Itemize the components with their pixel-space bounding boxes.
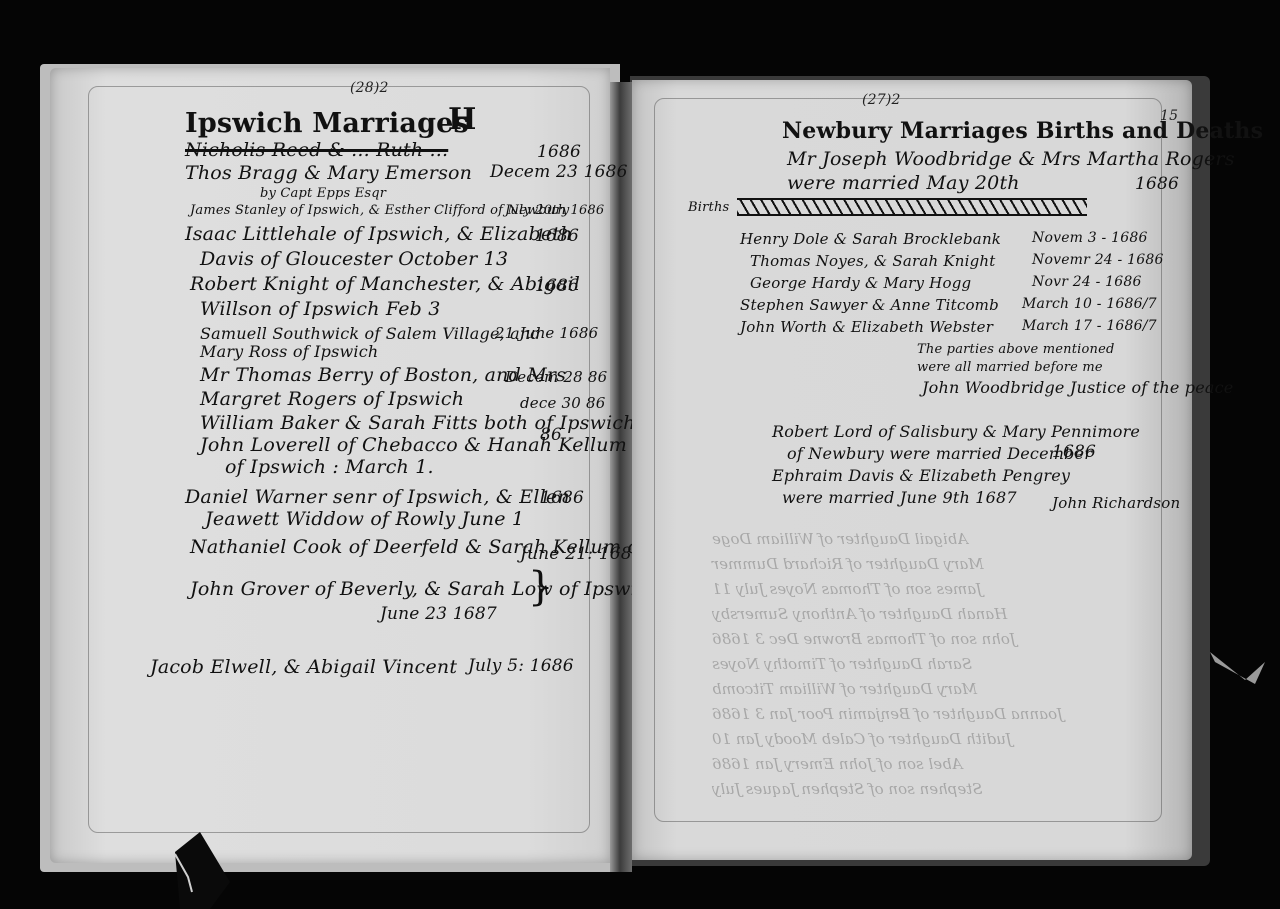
entry-date: 1686 [535, 226, 579, 246]
entry-date: March 17 - 1686/7 [1022, 318, 1157, 334]
clerk-signature: John Richardson [1052, 494, 1180, 512]
entry-date: 21 June 1686 [495, 324, 598, 342]
right-folio-number: (27)2 [862, 92, 901, 108]
attestation-signature: John Woodbridge Justice of the peace [922, 378, 1233, 397]
entry-text: Robert Knight of Manchester, & Abigail [190, 273, 580, 295]
bleed-through-text: Sarah Daughter of Timothy Noyes [712, 655, 972, 673]
left-folio-number: (28)2 [350, 80, 389, 96]
entry-text: Jacob Elwell, & Abigail Vincent [150, 656, 457, 678]
entry-date: 1686 [1052, 442, 1096, 462]
struck-out-line [737, 198, 1087, 216]
page-clip-icon [170, 832, 230, 909]
entry-text: George Hardy & Mary Hogg [750, 274, 971, 292]
bleed-through-text: Abigail Daughter of William Doge [712, 530, 968, 548]
entry-text: William Baker & Sarah Fitts both of Ipsw… [200, 412, 636, 434]
entry-date: 1686 [540, 488, 584, 508]
entry-text: Isaac Littlehale of Ipswich, & Elizabeth [185, 223, 573, 245]
entry-date: March 10 - 1686/7 [1022, 296, 1157, 312]
lead-entry-date: 1686 [1135, 174, 1179, 194]
left-page-title: Ipswich Marriages [185, 108, 469, 139]
right-page-title: Newbury Marriages Births and Deaths [782, 118, 1263, 144]
entry-date: June 23 1687 [380, 604, 497, 624]
bleed-through-text: Mary Daughter of Richard Dummer [712, 555, 984, 573]
entry-text: John Worth & Elizabeth Webster [740, 318, 993, 336]
lead-entry-line2: were married May 20th [787, 172, 1020, 194]
entry-text: were married June 9th 1687 [782, 488, 1017, 507]
entry-text: Davis of Gloucester October 13 [200, 248, 508, 270]
lead-entry-line1: Mr Joseph Woodbridge & Mrs Martha Rogers [787, 148, 1235, 170]
open-register-book: (28)2 Ipswich Marriages H Nicholis Reed … [40, 62, 1210, 872]
ribbon-bookmark-icon [1210, 622, 1280, 712]
left-page: (28)2 Ipswich Marriages H Nicholis Reed … [50, 68, 610, 863]
entry-date: Novr 24 - 1686 [1032, 274, 1142, 290]
entry-date: 1686 [535, 276, 579, 296]
margin-label-births: Births [688, 200, 729, 215]
attestation-line: The parties above mentioned [917, 342, 1115, 357]
brace-mark: } [528, 564, 553, 610]
entry-text: Ephraim Davis & Elizabeth Pengrey [772, 466, 1070, 485]
bleed-through-text: Joanna Daughter of Benjamin Poor Jan 3 1… [712, 705, 1063, 723]
bleed-through-text: James son of Thomas Noyes July 11 [712, 580, 982, 598]
entry-text: John Grover of Beverly, & Sarah Low of I… [190, 578, 660, 600]
bleed-through-text: John son of Thomas Browne Dec 3 1686 [712, 630, 1016, 648]
entry-date: Decem 23 1686 [490, 162, 628, 182]
entry-text: Jeawett Widdow of Rowly June 1 [205, 508, 524, 530]
entry-text: Nicholis Reed & ... Ruth ... [185, 139, 448, 161]
entry-text: John Loverell of Chebacco & Hanah Kellum [200, 434, 627, 456]
entry-text: Willson of Ipswich Feb 3 [200, 298, 441, 320]
book-gutter [610, 82, 632, 872]
entry-date: 86 [540, 425, 562, 445]
bleed-through-text: Abel son of John Emery Jan 1686 [712, 755, 963, 773]
right-page: (27)2 15 Newbury Marriages Births and De… [632, 80, 1192, 860]
left-page-title-suffix: H [448, 102, 477, 137]
entry-text: Samuell Southwick of Salem Village, and [200, 324, 541, 343]
entry-text: Thos Bragg & Mary Emerson [185, 162, 472, 184]
entry-text: Margret Rogers of Ipswich [200, 388, 464, 410]
bleed-through-text: Hanah Daughter of Anthony Sumersby [712, 605, 1007, 623]
attestation-line: were all married before me [917, 360, 1103, 375]
entry-date: dece 30 86 [520, 394, 605, 412]
entry-date: Decem 28 86 [505, 368, 607, 386]
bleed-through-text: Mary Daughter of William Titcomb [712, 680, 977, 698]
entry-text: Thomas Noyes, & Sarah Knight [750, 252, 996, 270]
entry-text: Mary Ross of Ipswich [200, 342, 378, 361]
entry-date: July 5: 1686 [468, 656, 574, 676]
entry-text: of Newbury were married December [787, 444, 1092, 463]
entry-text: Robert Lord of Salisbury & Mary Pennimor… [772, 422, 1140, 441]
bleed-through-text: Stephen son of Stephen Jaques July [712, 780, 983, 798]
entry-text: of Ipswich : March 1. [225, 456, 434, 478]
entry-date: 1686 [537, 142, 581, 162]
bleed-through-text: Judith Daughter of Caleb Moody Jan 10 [712, 730, 1012, 748]
entry-text: Daniel Warner senr of Ipswich, & Ellen [185, 486, 570, 508]
entry-date: Novem 3 - 1686 [1032, 230, 1148, 246]
entry-date: July 20th 1686 [505, 203, 604, 218]
entry-text: by Capt Epps Esqr [260, 186, 386, 201]
entry-text: Stephen Sawyer & Anne Titcomb [740, 296, 999, 314]
entry-date: Novemr 24 - 1686 [1032, 252, 1164, 268]
entry-date: June 21: 1687 [520, 544, 643, 564]
entry-text: Henry Dole & Sarah Brocklebank [740, 230, 1001, 248]
